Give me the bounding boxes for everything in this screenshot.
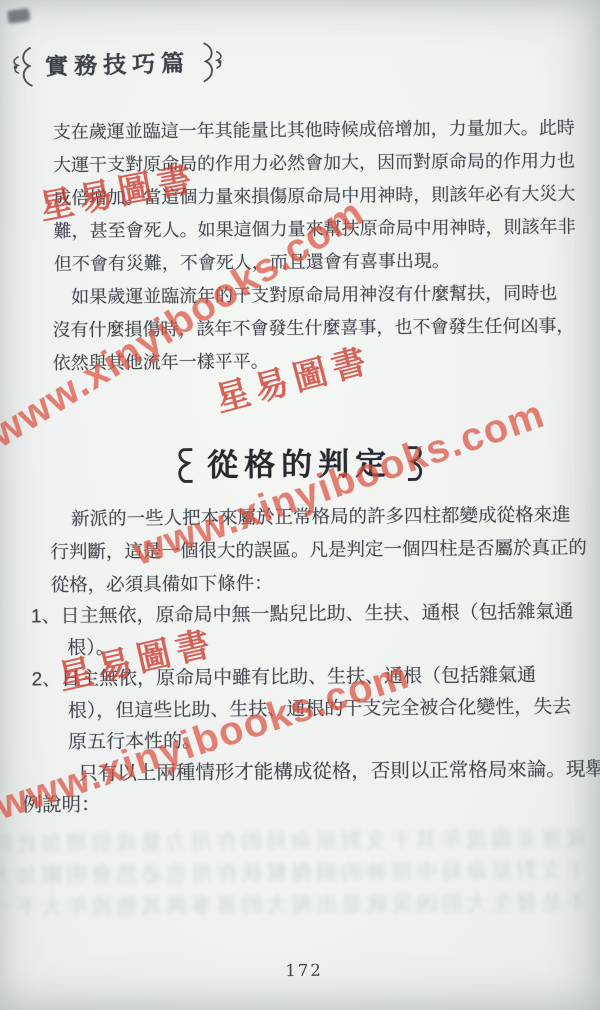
list-item-1: 1、日主無依，原命局中無一點兒比助、生扶、通根（包括雜氣通根）。 [31,596,600,664]
text-line: 例說明： [22,785,600,822]
text-line: 難，甚至會死人。如果這個力量來幫扶原命局中用神時，則該年非 [53,210,597,248]
header-ornament-right-icon [197,39,226,86]
text-line: 只有以上兩種情形才能構成從格，否則以正常格局來論。現舉 [22,754,600,791]
title-ornament-right-icon [405,444,425,484]
paragraph-3: 新派的一些人把本來屬於正常格局的許多四柱都變成從格來進行判斷，這是一個很大的誤區… [50,497,600,601]
text-line: 根），但這些比助、生扶、通根的干支完全被合化變性，失去 [32,691,600,727]
text-line: 新派的一些人把本來屬於正常格局的許多四柱都變成從格來進 [50,497,600,535]
text-line: 大運干支對原命局的作用力必然會加大，因而對原命局的作用力也 [53,144,597,182]
text-line: 但不會有災難，不會死人，而且還會有喜事出現。 [54,243,598,281]
paragraph-4: 只有以上兩種情形才能構成從格，否則以正常格局來論。現舉例說明： [22,754,600,822]
page-content: 實務技巧篇 支在歲運並臨這一年其能量比其他時候成倍增加，力量加大。此時大運干支對… [0,0,600,1010]
text-line: 從格，必須具備如下條件： [51,563,600,601]
paragraph-2: 如果歲運並臨流年的干支對原命局用神沒有什麼幫扶，同時也沒有什麼損傷時，該年不會發… [52,276,599,380]
text-line: 原五行本性的。 [32,722,600,758]
scan-smudge [7,8,31,24]
section-title-row: 從格的判定 [0,442,600,487]
header-ornament-left-icon [10,44,39,91]
section-title: 從格的判定 [207,445,392,485]
text-line: 如果歲運並臨流年的干支對原命局用神沒有什麼幫扶，同時也 [52,276,598,314]
text-line: 不是發生大的凶災就是出現大的喜事與其他流年大不一樣的 [19,887,587,924]
text-line: 支在歲運並臨這一年其能量比其他時候成倍增加，力量加大。此時 [53,111,597,149]
book-page: 實務技巧篇 支在歲運並臨這一年其能量比其他時候成倍增加，力量加大。此時大運干支對… [0,0,600,1010]
text-line: 1、日主無依，原命局中無一點兒比助、生扶、通根（包括雜氣通 [31,596,600,632]
text-line: 行判斷，這是一個很大的誤區。凡是判定一個四柱是否屬於真正的 [50,530,600,568]
condition-list: 1、日主無依，原命局中無一點兒比助、生扶、通根（包括雜氣通根）。 2、日主無依，… [31,596,600,758]
bleed-through-text: 歲運並臨流年其干支對原命局的作用力量成倍增加此時大運干支對原命局中用神的損傷幫扶… [19,823,588,924]
chapter-title: 實務技巧篇 [45,51,191,78]
list-item-2: 2、日主無依，原命局中雖有比助、生扶、通根（包括雜氣通根），但這些比助、生扶、通… [31,659,600,758]
chapter-header: 實務技巧篇 [10,39,226,91]
text-line: 依然與其他流年一樣平平。 [53,342,599,380]
text-line: 沒有什麼損傷時，該年不會發生什麼喜事，也不會發生任何凶事， [52,309,598,347]
text-line: 干支對原命局中用神的損傷幫扶作用也必然會明顯加大該年 [19,855,587,892]
text-line: 根）。 [31,628,600,664]
text-line: 2、日主無依，原命局中雖有比助、生扶、通根（包括雜氣通 [31,659,600,695]
title-ornament-left-icon [174,446,194,486]
text-line: 歲運並臨流年其干支對原命局的作用力量成倍增加此時大運 [19,823,587,860]
text-line: 成倍增加。當這個力量來損傷原命局中用神時，則該年必有大災大 [53,177,597,215]
paragraph-1: 支在歲運並臨這一年其能量比其他時候成倍增加，力量加大。此時大運干支對原命局的作用… [53,111,598,281]
page-number: 172 [4,958,600,982]
